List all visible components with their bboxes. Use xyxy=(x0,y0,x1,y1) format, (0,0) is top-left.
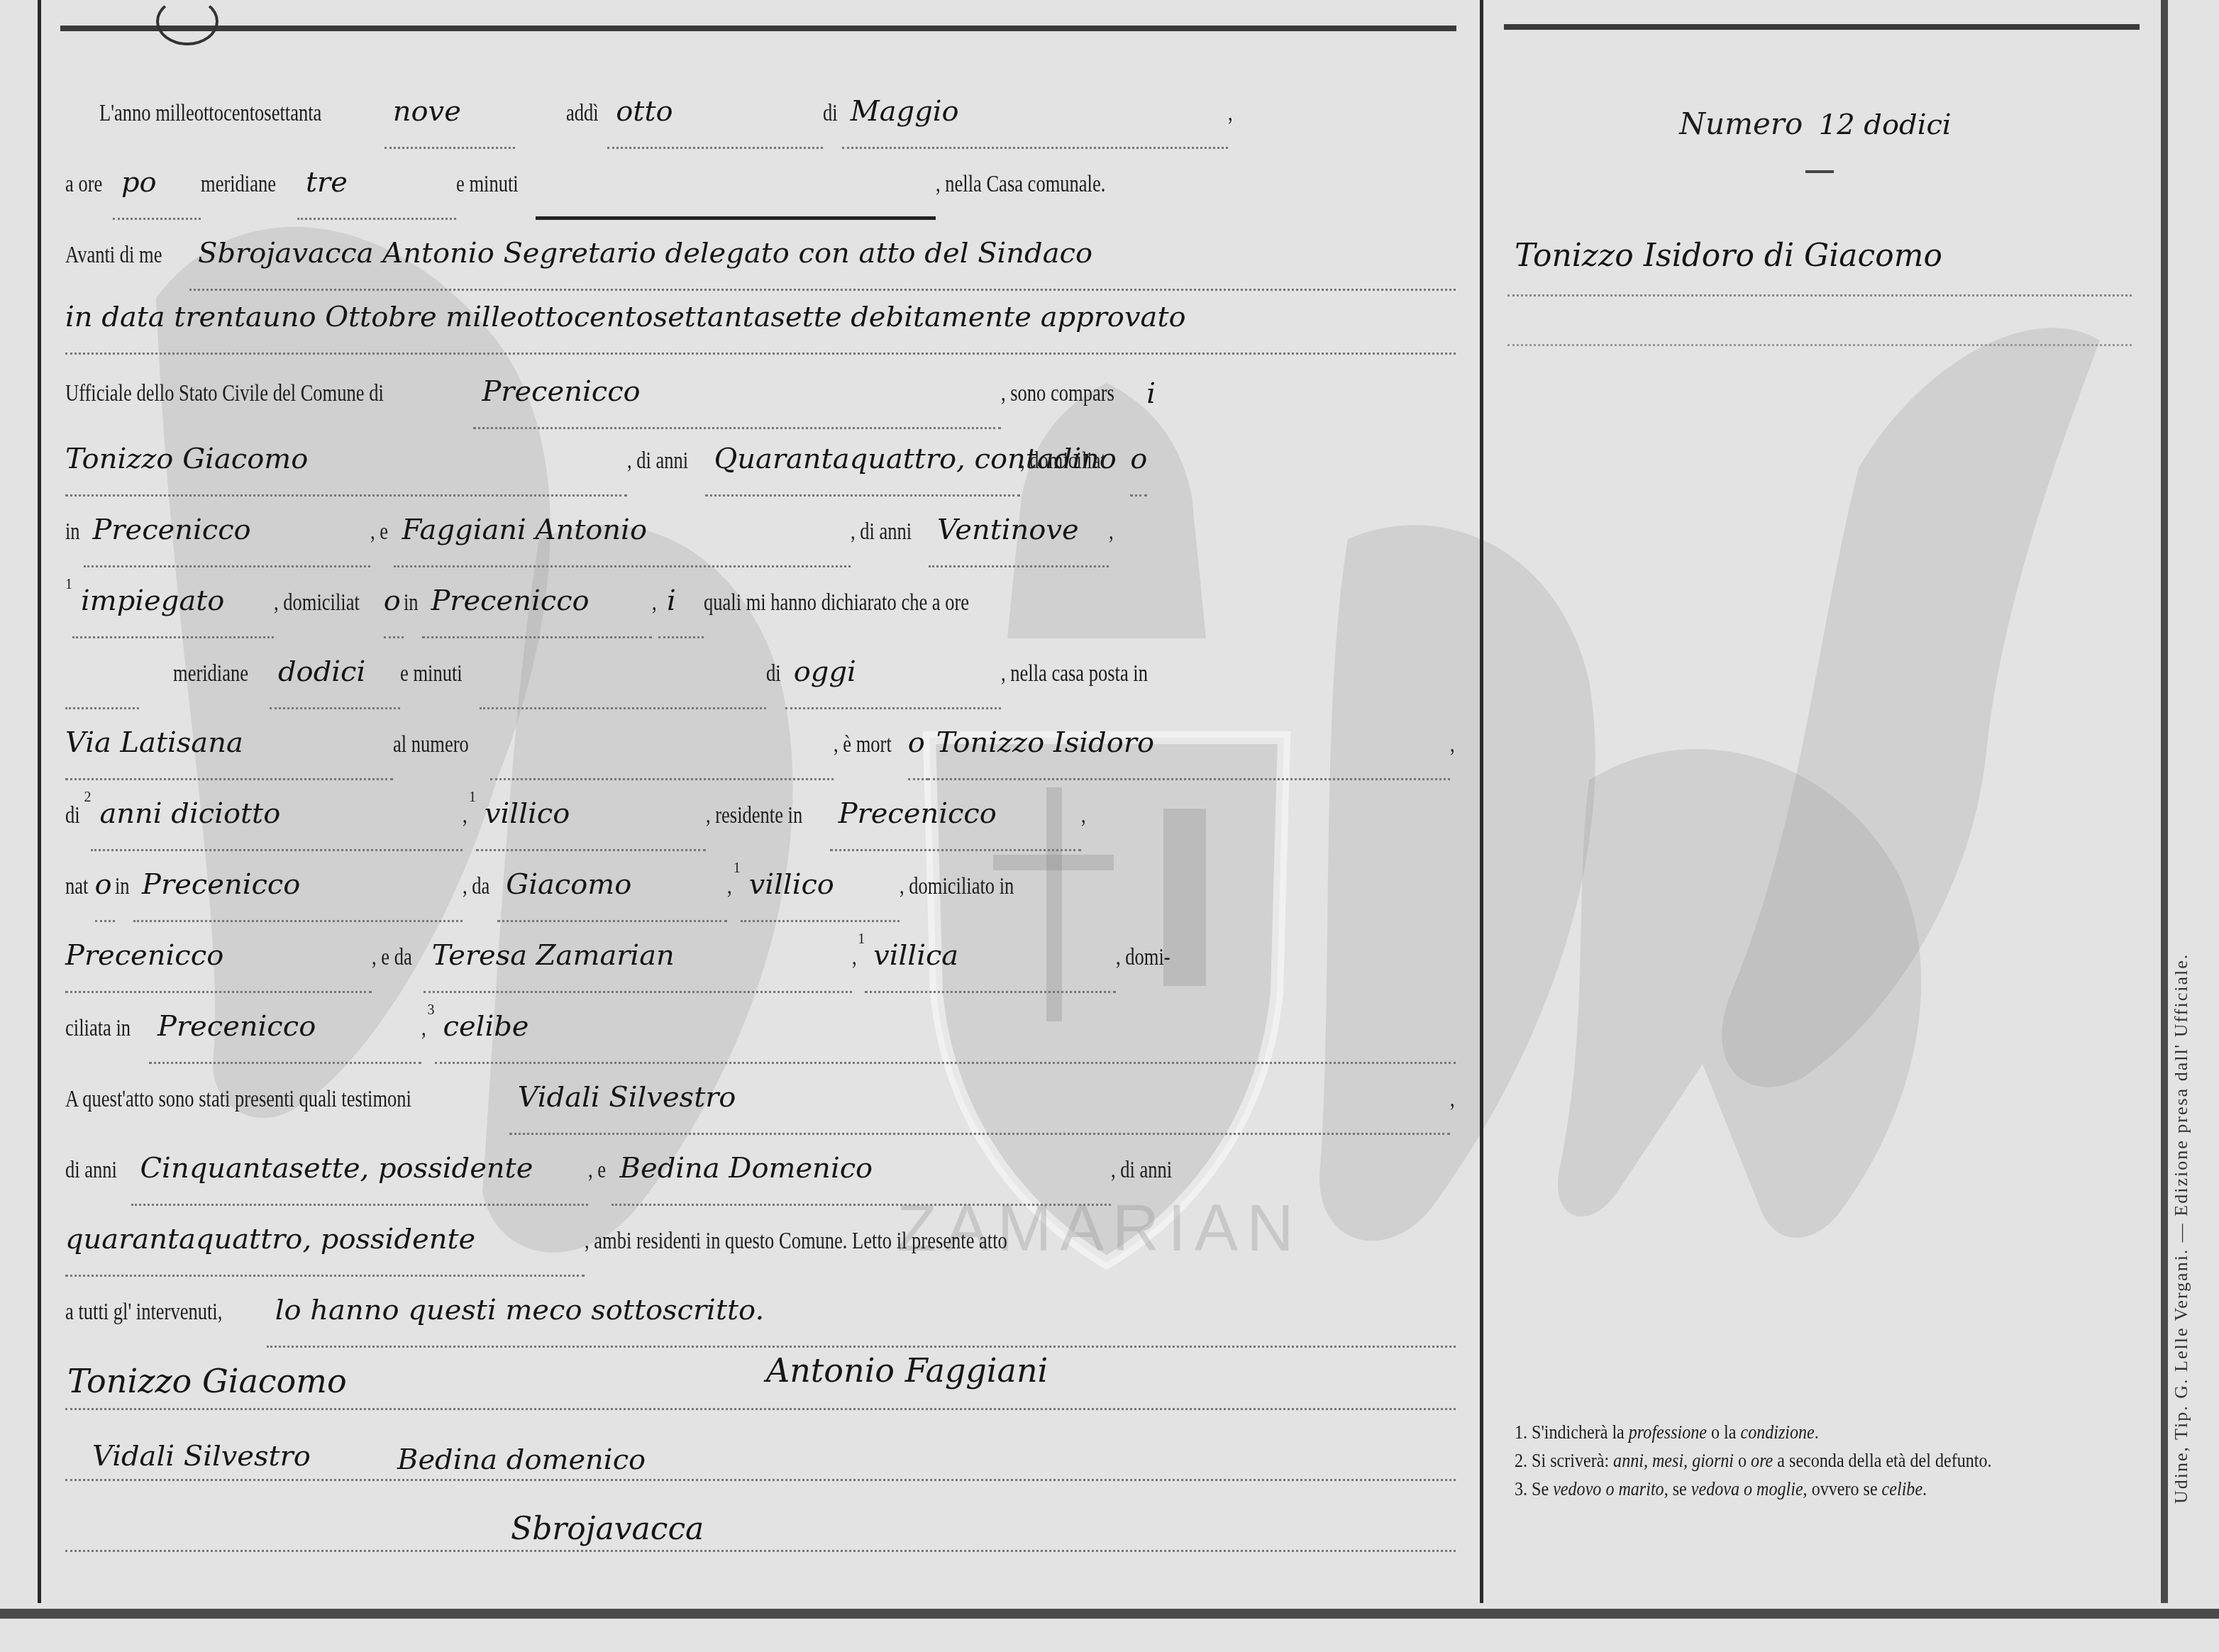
label: , xyxy=(852,929,857,993)
death-hour-field: dodici xyxy=(270,643,400,709)
footnote-text: 2. Si scriverà: xyxy=(1515,1450,1613,1472)
label: , xyxy=(652,575,657,638)
footnote-italic: celibe xyxy=(1882,1478,1922,1500)
line-officer: Avanti di me Sbrojavacca Antonio Segreta… xyxy=(65,234,1456,291)
footnote-ref: 3 xyxy=(428,982,435,1064)
label: di xyxy=(766,645,781,709)
line-mother: Precenicco , e da Teresa Zamarian , 1 vi… xyxy=(65,936,1456,993)
footnote-ref: 1 xyxy=(858,911,865,993)
deceased-residence-field: Precenicco xyxy=(830,785,1081,851)
margin-blank-line xyxy=(1507,344,2132,346)
line-mother-domicile: ciliata in Precenicco , 3 celibe xyxy=(65,1007,1456,1064)
death-minutes-field xyxy=(480,700,766,709)
footnote-text: o xyxy=(1734,1450,1751,1472)
mother-profession-field: villica xyxy=(865,927,1116,993)
label: , ambi residenti in questo Comune. Letto… xyxy=(585,1213,1007,1277)
label: , di anni xyxy=(627,433,688,497)
line-birthplace-father: nat o in Precenicco , da Giacomo , 1 vil… xyxy=(65,865,1456,922)
record-number: Numero 12 dodici xyxy=(1507,106,2132,148)
footnote-ref: 1 xyxy=(734,840,741,922)
mother-name-field: Teresa Zamarian xyxy=(424,927,852,993)
suffix-field: i xyxy=(1146,365,1156,429)
house-number-field xyxy=(490,771,834,780)
year-field: nove xyxy=(384,83,515,149)
footnote-italic: vedovo o marito xyxy=(1553,1478,1664,1500)
label: A quest'atto sono stati presenti quali t… xyxy=(65,1071,411,1135)
label: , xyxy=(1081,787,1086,851)
label: ciliata in xyxy=(65,1000,131,1064)
label: , xyxy=(463,787,467,851)
label: , nella casa posta in xyxy=(1001,645,1148,709)
top-rule-left xyxy=(60,26,1456,31)
minutes-field: — xyxy=(536,153,936,220)
label: , da xyxy=(463,858,489,922)
suffix-field: o xyxy=(1130,431,1147,497)
father-name-field: Giacomo xyxy=(497,856,727,922)
suffix-field: o xyxy=(384,572,404,638)
footnote-text: o la xyxy=(1707,1421,1740,1443)
signature-witness-1: Vidali Silvestro xyxy=(92,1440,311,1473)
footnote-text: a seconda della età del defunto. xyxy=(1773,1450,1991,1472)
footnote-text: 1. S'indicherà la xyxy=(1515,1421,1629,1443)
label: , xyxy=(1109,504,1114,567)
label: , xyxy=(421,1000,426,1064)
signature-row-3 xyxy=(65,1504,1456,1560)
right-border xyxy=(2161,0,2168,1603)
margin-name-line: Tonizzo Isidoro di Giacomo xyxy=(1507,238,2132,296)
street-field: Via Latisana xyxy=(65,714,393,780)
label: di xyxy=(823,85,838,149)
footnote-text: , ovvero se xyxy=(1803,1478,1882,1500)
label: , domiciliato in xyxy=(900,858,1014,922)
closing-statement: lo hanno questi meco sottoscritto. xyxy=(267,1282,1456,1348)
line-witness-1: A quest'atto sono stati presenti quali t… xyxy=(65,1078,1456,1135)
label: , xyxy=(1450,716,1455,780)
label: , e da xyxy=(372,929,412,993)
witness2-age-profession: quarantaquattro, possidente xyxy=(65,1211,585,1277)
label: Ufficiale dello Stato Civile del Comune … xyxy=(65,365,384,429)
footnote-text: 3. Se xyxy=(1515,1478,1553,1500)
label: addì xyxy=(566,85,599,149)
declarant1-age-profession: Quarantaquattro, contadino xyxy=(705,431,1020,497)
witness2-name-field: Bedina Domenico xyxy=(612,1140,1111,1206)
deceased-age-field: anni diciotto xyxy=(91,785,463,851)
declarant2-age: Ventinove xyxy=(929,501,1109,567)
left-border xyxy=(38,0,41,1603)
line-time-of-death: meridiane dodici e minuti di oggi , nell… xyxy=(65,653,1456,709)
footnote-italic: condizione xyxy=(1740,1421,1814,1443)
declarant1-domicile: Precenicco xyxy=(84,501,370,567)
label: di anni xyxy=(65,1142,117,1206)
footnote-3: 3. Se vedovo o marito, se vedova o mogli… xyxy=(1515,1475,2052,1504)
footnote-2: 2. Si scriverà: anni, mesi, giorni o ore… xyxy=(1515,1447,2052,1475)
label: , sono compars xyxy=(1001,365,1114,429)
line-declarant-1: Tonizzo Giacomo , di anni Quarantaquattr… xyxy=(65,440,1456,497)
signature-official: Sbrojavacca xyxy=(511,1511,704,1547)
day-field: otto xyxy=(607,83,823,149)
footnote-ref: 2 xyxy=(84,769,91,851)
suffix-field: o xyxy=(95,856,115,922)
line-declarant-2-info: 1 impiegato , domiciliat o in Precenicco… xyxy=(65,582,1456,638)
footnote-text: , se xyxy=(1664,1478,1691,1500)
printer-imprint: Udine, Tip. G. Lelle Vergani. — Edizione… xyxy=(2171,953,2192,1504)
witness1-name-field: Vidali Silvestro xyxy=(509,1069,1450,1135)
label: , xyxy=(1228,85,1233,149)
line-deceased-age: di 2 anni diciotto , 1 villico , residen… xyxy=(65,794,1456,851)
month-field: Maggio xyxy=(842,83,1228,149)
label: , domiciliat xyxy=(274,575,360,638)
label: al numero xyxy=(393,716,469,780)
numero-value: 12 dodici xyxy=(1810,109,1960,148)
corner-flourish xyxy=(156,0,218,45)
deceased-profession-field: villico xyxy=(476,785,706,851)
label: , e xyxy=(370,504,388,567)
label: , domi- xyxy=(1116,929,1171,993)
label: e minuti xyxy=(400,645,463,709)
line-address: Via Latisana al numero , è mort o Tonizz… xyxy=(65,724,1456,780)
father-profession-field: villico xyxy=(741,856,900,922)
line-closing: a tutti gl' intervenuti, lo hanno questi… xyxy=(65,1291,1456,1348)
line-witness-2-info: quarantaquattro, possidente , ambi resid… xyxy=(65,1220,1456,1277)
death-record-page: ZAMARIAN L'anno milleottocentosettanta n… xyxy=(0,0,2219,1652)
label: , domiciliat xyxy=(1020,433,1106,497)
footnote-text: . xyxy=(1922,1478,1927,1500)
label: , xyxy=(1450,1071,1455,1135)
footnotes: 1. S'indicherà la professione o la condi… xyxy=(1515,1419,2139,1504)
label: , residente in xyxy=(706,787,802,851)
line-declarant-2: in Precenicco , e Faggiani Antonio , di … xyxy=(65,511,1456,567)
declarant1-name: Tonizzo Giacomo xyxy=(65,431,627,497)
label: , e xyxy=(588,1142,606,1206)
birthplace-field: Precenicco xyxy=(133,856,463,922)
label: , nella Casa comunale. xyxy=(936,156,1105,220)
label: e minuti xyxy=(456,156,519,220)
suffix-field: o xyxy=(908,714,928,780)
label: in xyxy=(115,858,130,922)
label: a tutti gl' intervenuti, xyxy=(65,1284,222,1348)
label: in xyxy=(404,575,419,638)
footnote-text: . xyxy=(1815,1421,1819,1443)
label: nat xyxy=(65,858,88,922)
margin-column: Numero 12 dodici Tonizzo Isidoro di Giac… xyxy=(1507,0,2132,1652)
footnote-italic: vedova o moglie xyxy=(1691,1478,1803,1500)
label: di xyxy=(65,787,80,851)
father-domicile-field: Precenicco xyxy=(65,927,372,993)
death-day-field: oggi xyxy=(785,643,1001,709)
footnote-ref: 1 xyxy=(469,769,476,851)
signature-witness-2: Bedina domenico xyxy=(397,1443,646,1476)
label: Avanti di me xyxy=(65,227,162,291)
line-comune: Ufficiale dello Stato Civile del Comune … xyxy=(65,372,1456,429)
am-pm-field xyxy=(65,700,139,709)
deceased-name-field: Tonizzo Isidoro xyxy=(928,714,1450,780)
label: , è mort xyxy=(834,716,892,780)
marital-status-field: celibe xyxy=(435,998,1456,1064)
label: meridiane xyxy=(201,156,276,220)
footnote-italic: professione xyxy=(1629,1421,1707,1443)
label: a ore xyxy=(65,156,102,220)
footnote-italic: ore xyxy=(1751,1450,1773,1472)
suffix-field: i xyxy=(658,572,704,638)
line-witness-2: di anni Cinquantasette, possidente , e B… xyxy=(65,1149,1456,1206)
label: quali mi hanno dichiarato che a ore xyxy=(704,575,969,638)
column-divider xyxy=(1480,0,1483,1603)
signature-declarant-2: Antonio Faggiani xyxy=(766,1351,1048,1390)
label: L'anno milleottocentosettanta xyxy=(99,85,321,149)
ornament-divider xyxy=(1805,170,1834,173)
numero-label: Numero xyxy=(1679,106,1803,141)
dotted-line xyxy=(65,1540,1456,1552)
footnote-italic: anni, mesi, giorni xyxy=(1613,1450,1734,1472)
footnote-1: 1. S'indicherà la professione o la condi… xyxy=(1515,1419,2052,1447)
hour-field: tre xyxy=(297,154,456,220)
declarant2-name: Faggiani Antonio xyxy=(394,501,851,567)
ante-post-field: po xyxy=(113,154,201,220)
line-hour: a ore po meridiane tre e minuti — , nell… xyxy=(65,163,1456,220)
mother-domicile-field: Precenicco xyxy=(149,998,421,1064)
label: , di anni xyxy=(851,504,912,567)
witness1-age-profession: Cinquantasette, possidente xyxy=(131,1140,588,1206)
footnote-ref: 1 xyxy=(65,556,72,638)
signature-declarant-1: Tonizzo Giacomo xyxy=(67,1362,347,1400)
label: , xyxy=(727,858,732,922)
label: , di anni xyxy=(1111,1142,1172,1206)
line-delegation: in data trentauno Ottobre milleottocento… xyxy=(65,298,1456,355)
line-year: L'anno milleottocentosettanta nove addì … xyxy=(65,92,1456,149)
label: meridiane xyxy=(173,645,248,709)
delegation-field: in data trentauno Ottobre milleottocento… xyxy=(65,289,1456,355)
declarant2-profession: impiegato xyxy=(72,572,274,638)
declarant2-domicile: Precenicco xyxy=(422,572,652,638)
comune-field: Precenicco xyxy=(473,363,1001,429)
officer-field: Sbrojavacca Antonio Segretario delegato … xyxy=(189,225,1456,291)
margin-deceased-name: Tonizzo Isidoro di Giacomo xyxy=(1507,238,1951,281)
